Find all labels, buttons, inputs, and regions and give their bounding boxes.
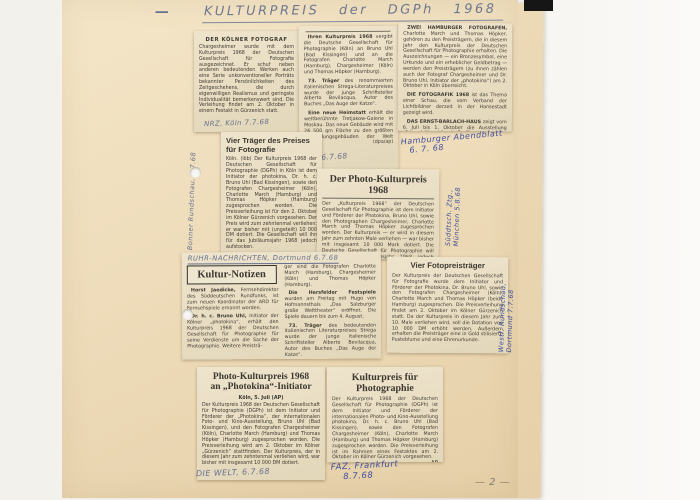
handwritten-date-annotation: 6.7.68 <box>321 151 348 161</box>
handwritten-page-number: — 2 — <box>475 477 510 488</box>
handwritten-page-title: KULTURPREIS der DGPh 1968 <box>202 2 503 24</box>
clipping-headline: Kulturpreis für Photographie <box>332 372 438 394</box>
clipping-kultur-notizen: RUHR-NACHRICHTEN, Dortmund 6.7.68 Kultur… <box>182 251 382 359</box>
clipping-headline: Vier Fotopreisträger <box>392 262 503 272</box>
clipping-hamburger-fotografen: ZWEI HAMBURGER FOTOGRAFEN, Charlotte Mar… <box>398 23 513 132</box>
clipping-body: Der Kulturpreis 1968 der Deutschen Gesel… <box>202 403 320 467</box>
handwritten-dash: — <box>155 4 170 20</box>
headline-line: an „Photokina“-Initiator <box>202 382 320 392</box>
paragraph-lead: Die Hersfelder Festspiele <box>288 291 376 296</box>
handwritten-source-annotation-vertical: Süddtsch. Ztg., München 5.8.68 <box>444 187 462 247</box>
paragraph-lead: DIE FOTOGRAFIK 1968 <box>407 93 469 98</box>
body-text: Der Kulturpreis 1968 der Deutschen Gesel… <box>332 397 438 461</box>
paragraph-text: Charlotte March und Thomas Höpker, gehör… <box>403 32 507 90</box>
column-rule <box>306 31 391 32</box>
paragraph-lead: 73. Träger <box>308 79 339 84</box>
agency-credit: (dpa/ap) <box>369 140 393 146</box>
paragraph-lead: ZWEI HAMBURGER FOTOGRAFEN, <box>407 26 507 32</box>
clipping-paragraph: Ihren Kulturpreis 1968 vergibt die Deuts… <box>304 35 393 76</box>
paragraph-lead: Horst Jaedicke, <box>191 288 236 293</box>
handwritten-source-annotation: FAZ, Frankfurt 8.7.68 <box>331 459 400 483</box>
headline-line: Kulturpreis für <box>332 372 438 383</box>
clipping-paragraph: Dr. h. c. Bruno Uhl, Initiator der Kölne… <box>187 314 279 350</box>
clipping-column-left: Kultur-Notizen Horst Jaedicke, Fernsehdi… <box>187 265 279 360</box>
clipping-paragraph: 73. Träger des bedeutenden italienischen… <box>285 323 377 359</box>
clipping-headline: Vier Träger des Preises für Fotografie <box>226 137 317 154</box>
paragraph-lead: DAS ERNST-BARLACH-HAUS <box>407 119 481 124</box>
clipping-vier-traeger-des-preises: Vier Träger des Preises für Fotografie K… <box>221 132 322 256</box>
scan-artifact-black-mark <box>524 0 553 11</box>
headline-line: für Fotografie <box>226 146 317 155</box>
clipping-paragraph: ZWEI HAMBURGER FOTOGRAFEN, Charlotte Mar… <box>403 26 507 91</box>
clipping-paragraph: DIE FOTOGRAFIK 1968 ist das Thema einer … <box>403 93 507 117</box>
dateline: Köln, 5. Juli (AP) <box>202 395 320 401</box>
punch-hole <box>190 167 201 178</box>
paragraph-text: ger sind die Fotografen Charlotte March … <box>284 265 376 288</box>
clipping-column-right: ger sind die Fotografen Charlotte March … <box>284 265 376 360</box>
clipping-kulturpreis-fuer-photographie: Kulturpreis für Photographie Der Kulturp… <box>327 367 443 462</box>
clipping-headline: Der Photo-Kulturpreis 1968 <box>322 174 434 200</box>
clipping-headline: DER KÖLNER FOTOGRAF <box>199 37 294 43</box>
paragraph-lead: Eine neue Heimstatt <box>308 111 366 116</box>
clipping-paragraph: 73. Träger des renommierten italienische… <box>304 79 393 109</box>
paragraph-lead: Dr. h. c. Bruno Uhl, <box>191 315 247 320</box>
paragraph-text: Initiator der Kölner „photokina“, erhält… <box>187 314 279 349</box>
clipping-headline: Kultur-Notizen <box>187 265 277 284</box>
clipping-paragraph: ger sind die Fotografen Charlotte March … <box>284 265 376 289</box>
punch-hole <box>182 309 193 320</box>
paragraph-text: vergibt die Deutsche Gesellschaft für Ph… <box>304 35 393 76</box>
paragraph-text: wurden am Freitag mit Hugo von Hofmannst… <box>284 297 376 320</box>
clipping-der-photo-kulturpreis: Der Photo-Kulturpreis 1968 Der „Kulturpr… <box>317 169 440 260</box>
paragraph-lead: Ihren Kulturpreis 1968 <box>308 35 373 40</box>
clipping-body: Chargesheimer wurde mit dem Kulturpreis … <box>199 45 294 115</box>
clipping-vier-fotopreistraeger: Vier Fotopreisträger Der Kulturpreis der… <box>387 257 509 354</box>
headline-line: Photographie <box>332 383 438 394</box>
clipping-der-koelner-fotograf: DER KÖLNER FOTOGRAF Chargesheimer wurde … <box>194 31 299 132</box>
clipping-paragraph: Horst Jaedicke, Fernsehdirektor des Südd… <box>187 288 279 312</box>
paragraph-text: des bedeutenden italienischen Literaturp… <box>285 323 377 358</box>
paragraph-lead: 73. Träger <box>289 323 322 328</box>
clipping-paragraph: Die Hersfelder Festspiele wurden am Frei… <box>284 291 376 321</box>
clipping-photokina-initiator: Photo-Kulturpreis 1968 an „Photokina“-In… <box>197 367 325 480</box>
clipping-body: Köln. (löb) Der Kulturpreis 1968 der Deu… <box>226 157 317 251</box>
clipping-headline: Photo-Kulturpreis 1968 an „Photokina“-In… <box>202 372 320 393</box>
clipping-body: Der Kulturpreis 1968 der Deutschen Gesel… <box>332 397 438 462</box>
handwritten-source-annotation-vertical: Westf. Rundschau, Dortmund 7.7.68 <box>497 283 515 353</box>
clipping-body: Der Kulturpreis der Deutschen Gesellscha… <box>392 274 503 345</box>
handwritten-source-annotation: NRZ, Köln 7.7.68 <box>204 118 269 128</box>
handwritten-source-annotation: RUHR-NACHRICHTEN, Dortmund 6.7.68 <box>188 254 339 265</box>
headline-line: Photo-Kulturpreis 1968 <box>202 372 320 382</box>
